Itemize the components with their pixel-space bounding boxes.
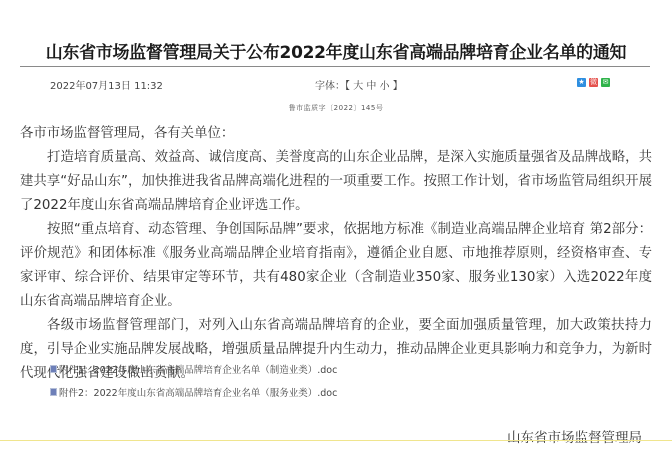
attachment-2: 附件2：2022年度山东省高端品牌培育企业名单（服务业类）.doc — [50, 385, 337, 399]
font-size-large[interactable]: 大 — [353, 81, 363, 92]
font-size-label: 字体：【 — [315, 81, 350, 92]
meta-row: 2022年07月13日 11:32 字体：【 大 中 小 】 ★ 微 ✉ — [0, 77, 672, 93]
doc-file-icon — [50, 388, 57, 396]
attachment-2-link[interactable]: 附件2：2022年度山东省高端品牌培育企业名单（服务业类）.doc — [59, 385, 337, 399]
font-size-switcher: 字体：【 大 中 小 】 — [315, 77, 403, 92]
doc-file-icon — [50, 365, 57, 373]
font-size-close: 】 — [393, 81, 403, 92]
publish-date: 2022年07月13日 11:32 — [50, 77, 163, 92]
signature: 山东省市场监督管理局 — [507, 426, 642, 446]
title-divider — [20, 66, 650, 67]
wechat-share-icon[interactable]: ✉ — [601, 78, 610, 87]
footer-divider — [0, 440, 672, 441]
paragraph-1: 打造培育质量高、效益高、诚信度高、美誉度高的山东企业品牌，是深入实施质量强省及品… — [20, 146, 652, 218]
qzone-share-icon[interactable]: ★ — [577, 78, 586, 87]
font-size-small[interactable]: 小 — [380, 81, 390, 92]
document-number: 鲁市监质字〔2022〕145号 — [0, 103, 672, 113]
attachment-1-link[interactable]: 附件1：2022年度山东省高端品牌培育企业名单（制造业类）.doc — [59, 362, 337, 376]
salutation: 各市市场监督管理局，各有关单位： — [20, 122, 652, 146]
article-body: 各市市场监督管理局，各有关单位： 打造培育质量高、效益高、诚信度高、美誉度高的山… — [20, 122, 652, 386]
font-size-medium[interactable]: 中 — [366, 81, 376, 92]
page-title: 山东省市场监督管理局关于公布2022年度山东省高端品牌培育企业名单的通知 — [0, 38, 672, 63]
paragraph-2: 按照“重点培育、动态管理、争创国际品牌”要求，依据地方标准《制造业高端品牌企业培… — [20, 218, 652, 314]
weibo-share-icon[interactable]: 微 — [589, 78, 598, 87]
share-icons: ★ 微 ✉ — [577, 78, 610, 87]
attachment-1: 附件1：2022年度山东省高端品牌培育企业名单（制造业类）.doc — [50, 362, 337, 376]
